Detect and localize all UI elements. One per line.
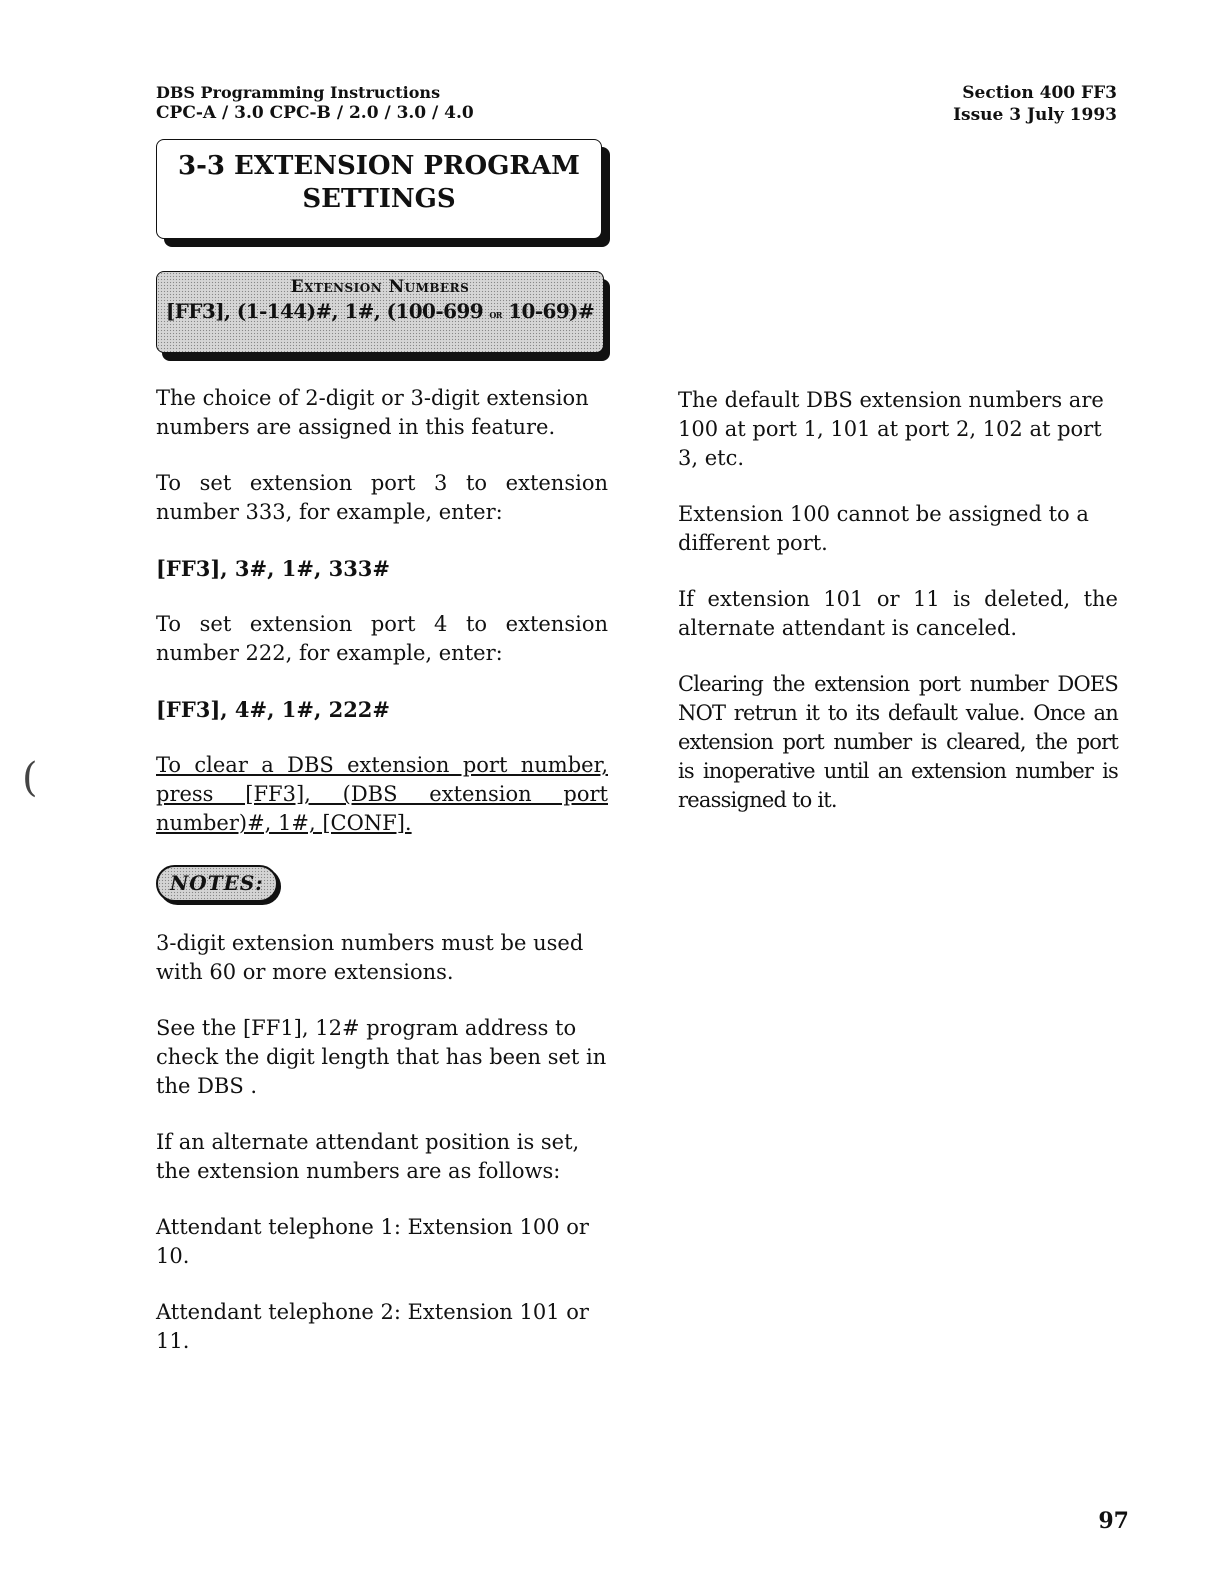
note-3digit: 3-digit extension numbers must be used w… [156,929,608,987]
ext100-note: Extension 100 cannot be assigned to a di… [678,500,1118,558]
clearing-warning: Clearing the extension port number DOES … [678,670,1118,815]
section-title-box: 3-3 EXTENSION PROGRAM SETTINGS [156,139,602,239]
note-attendant1: Attendant telephone 1: Extension 100 or … [156,1213,608,1271]
syntax-or: or [489,307,501,321]
margin-scan-mark: ( [22,755,38,801]
example2-text: To set extension port 4 to extension num… [156,610,608,668]
notes-badge: NOTES: [156,865,278,902]
clear-instructions: To clear a DBS extension port number, pr… [156,751,608,838]
syntax-part2: 10-69)# [502,299,594,323]
section-label: Section 400 FF3 [953,82,1117,104]
page-number: 97 [1098,1508,1129,1534]
right-column: The default DBS extension numbers are 10… [678,386,1118,842]
note-digit-length: See the [FF1], 12# program address to ch… [156,1014,608,1101]
issue-date: Issue 3 July 1993 [953,104,1117,126]
note-attendant2: Attendant telephone 2: Extension 101 or … [156,1298,608,1356]
intro-paragraph: The choice of 2-digit or 3-digit extensi… [156,384,608,442]
command-syntax-box: Extension Numbers [FF3], (1-144)#, 1#, (… [156,271,604,353]
manual-title: DBS Programming Instructions [156,82,474,103]
document-header-right: Section 400 FF3 Issue 3 July 1993 [953,82,1117,126]
document-header-left: DBS Programming Instructions CPC-A / 3.0… [156,82,474,124]
section-title-line1: 3-3 EXTENSION PROGRAM [157,150,601,183]
command-syntax: [FF3], (1-144)#, 1#, (100-699 or 10-69)# [157,298,603,327]
default-numbers-text: The default DBS extension numbers are 10… [678,386,1118,473]
section-title-line2: SETTINGS [157,183,601,216]
version-line: CPC-A / 3.0 CPC-B / 2.0 / 3.0 / 4.0 [156,103,474,124]
syntax-part1: [FF3], (1-144)#, 1#, (100-699 [166,299,490,323]
example2-command: [FF3], 4#, 1#, 222# [156,695,608,724]
note-alternate-attendant: If an alternate attendant position is se… [156,1128,608,1186]
ext101-note: If extension 101 or 11 is deleted, the a… [678,585,1118,643]
example1-text: To set extension port 3 to extension num… [156,469,608,527]
command-box-title: Extension Numbers [157,276,603,298]
left-column: The choice of 2-digit or 3-digit extensi… [156,384,608,1383]
example1-command: [FF3], 3#, 1#, 333# [156,554,608,583]
